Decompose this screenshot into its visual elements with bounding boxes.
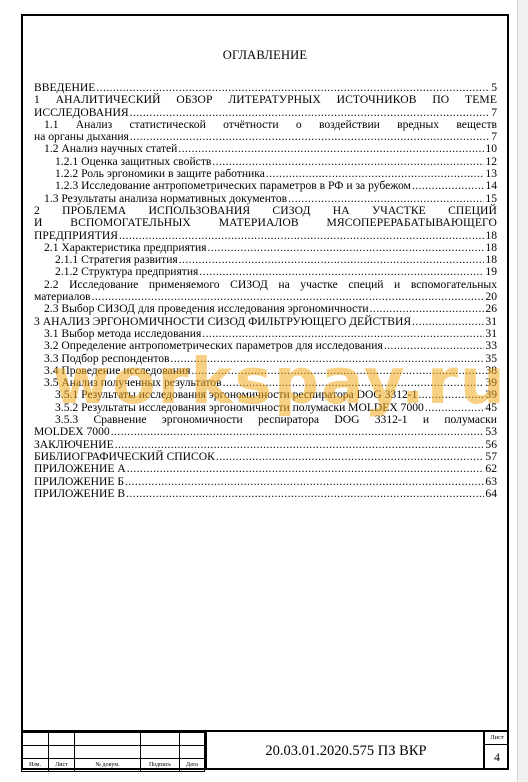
dot-leader — [208, 242, 485, 254]
stamp-cell — [49, 733, 75, 746]
dot-leader — [126, 488, 484, 500]
stamp-cell — [141, 746, 180, 759]
toc-entry-text: ПРЕДПРИЯТИЯ — [34, 230, 118, 242]
toc-entry-text: ПРИЛОЖЕНИЕ В — [34, 488, 125, 500]
document-code: 20.03.01.2020.575 ПЗ ВКР — [205, 732, 485, 770]
toc-page-number: 63 — [485, 476, 497, 488]
dot-leader — [179, 254, 485, 266]
toc-entry-text-wrapped: И ВСПОМОГАТЕЛЬНЫХ МАТЕРИАЛОВ МЯСОПЕРЕРАБ… — [34, 217, 497, 229]
toc-entry-s3-2[interactable]: 3.2 Определение антропометрических парам… — [34, 340, 497, 352]
stamp-cell — [180, 733, 205, 746]
sheet-number: 4 — [485, 745, 509, 770]
dot-leader — [412, 180, 485, 192]
toc-entry-text: 2.1.2 Структура предприятия — [55, 266, 198, 278]
toc-entry-text: 1.2.3 Исследование антропометрических па… — [55, 180, 411, 192]
toc-entry-appC[interactable]: ПРИЛОЖЕНИЕ В64 — [34, 488, 497, 500]
col-header-signature: Подпись — [141, 759, 180, 772]
toc-page-number: 14 — [485, 180, 497, 192]
col-header-date: Дата — [180, 759, 205, 772]
col-header-change: Изм. — [22, 759, 49, 772]
toc-entry-text: 3.2 Определение антропометрических парам… — [44, 340, 383, 352]
toc-page-number: 33 — [485, 340, 497, 352]
toc-page-number: 19 — [485, 266, 497, 278]
toc-page-number: 53 — [485, 426, 497, 438]
dot-leader — [125, 476, 484, 488]
toc-entry-text: ПРИЛОЖЕНИЕ А — [34, 463, 126, 475]
dot-leader — [384, 340, 485, 352]
dot-leader — [412, 316, 484, 328]
sheet-box: Лист 4 — [483, 732, 509, 770]
toc-entry-s3-5-3[interactable]: 3.5.3 Сравнение эргономичности респирато… — [34, 414, 497, 439]
dot-leader — [111, 426, 485, 438]
toc-entry-text: MOLDEX 7000 — [34, 426, 110, 438]
dot-leader — [370, 303, 485, 315]
dot-leader — [119, 230, 484, 242]
toc-entry-appB[interactable]: ПРИЛОЖЕНИЕ Б63 — [34, 476, 497, 488]
toc-entry-text: 3.3 Подбор респондентов — [44, 353, 170, 365]
toc-entry-ch1[interactable]: 1 АНАЛИТИЧЕСКИЙ ОБЗОР ЛИТЕРАТУРНЫХ ИСТОЧ… — [34, 94, 497, 119]
toc-entry-text-wrapped: 1 АНАЛИТИЧЕСКИЙ ОБЗОР ЛИТЕРАТУРНЫХ ИСТОЧ… — [34, 94, 497, 106]
dot-leader — [216, 451, 485, 463]
toc-page-number: 35 — [485, 353, 497, 365]
toc-page-number: 26 — [485, 303, 497, 315]
toc-page-number: 64 — [485, 488, 497, 500]
sheet-label: Лист — [485, 732, 509, 745]
dot-leader — [191, 365, 484, 377]
toc-entry-s1-2-3[interactable]: 1.2.3 Исследование антропометрических па… — [34, 180, 497, 192]
toc-entry-ch2[interactable]: 2 ПРОБЛЕМА ИСПОЛЬЗОВАНИЯ СИЗОД НА УЧАСТК… — [34, 205, 497, 242]
toc-entry-s1-1[interactable]: 1.1 Анализ статистической отчётности о в… — [34, 119, 497, 144]
toc-page-number: 62 — [485, 463, 497, 475]
col-header-sheet: Лист — [49, 759, 75, 772]
dot-leader — [199, 266, 484, 278]
revision-table: Изм. Лист № докум. Подпись Дата — [21, 732, 205, 772]
page-title: ОГЛАВЛЕНИЕ — [23, 48, 507, 63]
stamp-cell — [75, 733, 141, 746]
dot-leader — [178, 143, 484, 155]
toc-entry-s2-1-2[interactable]: 2.1.2 Структура предприятия19 — [34, 266, 497, 278]
stamp-cell — [141, 733, 180, 746]
dot-leader — [127, 463, 485, 475]
stamp-cell — [22, 733, 49, 746]
table-of-contents: ВВЕДЕНИЕ51 АНАЛИТИЧЕСКИЙ ОБЗОР ЛИТЕРАТУР… — [34, 82, 497, 500]
dot-leader — [171, 353, 485, 365]
stamp-cell — [22, 746, 49, 759]
toc-entry-s1-2[interactable]: 1.2 Анализ научных статей10 — [34, 143, 497, 155]
toc-entry-s2-2[interactable]: 2.2 Исследование применяемого СИЗОД на у… — [34, 279, 497, 304]
stamp-cell — [49, 746, 75, 759]
toc-page-number: 18 — [485, 230, 497, 242]
toc-entry-text: 1.2 Анализ научных статей — [44, 143, 177, 155]
toc-entry-appA[interactable]: ПРИЛОЖЕНИЕ А62 — [34, 463, 497, 475]
scrollbar[interactable] — [517, 0, 528, 782]
toc-entry-text: 2.3 Выбор СИЗОД для проведения исследова… — [44, 303, 369, 315]
toc-entry-text: ПРИЛОЖЕНИЕ Б — [34, 476, 124, 488]
toc-page-number: 10 — [485, 143, 497, 155]
toc-entry-text: 3.5.1 Результаты исследования эргономичн… — [55, 389, 417, 401]
dot-leader — [130, 131, 490, 143]
toc-entry-s3-3[interactable]: 3.3 Подбор респондентов35 — [34, 353, 497, 365]
toc-entry-s2-3[interactable]: 2.3 Выбор СИЗОД для проведения исследова… — [34, 303, 497, 315]
toc-page-number: 39 — [485, 389, 497, 401]
toc-entry-text-wrapped: 2.2 Исследование применяемого СИЗОД на у… — [34, 279, 497, 291]
title-block: Изм. Лист № докум. Подпись Дата 20.03.01… — [21, 730, 509, 772]
stamp-cell — [75, 746, 141, 759]
toc-entry-s3-5-1[interactable]: 3.5.1 Результаты исследования эргономичн… — [34, 389, 497, 401]
dot-leader — [418, 389, 484, 401]
col-header-doc-number: № докум. — [75, 759, 141, 772]
stamp-cell — [180, 746, 205, 759]
page-frame: ОГЛАВЛЕНИЕ ВВЕДЕНИЕ51 АНАЛИТИЧЕСКИЙ ОБЗО… — [21, 14, 509, 770]
